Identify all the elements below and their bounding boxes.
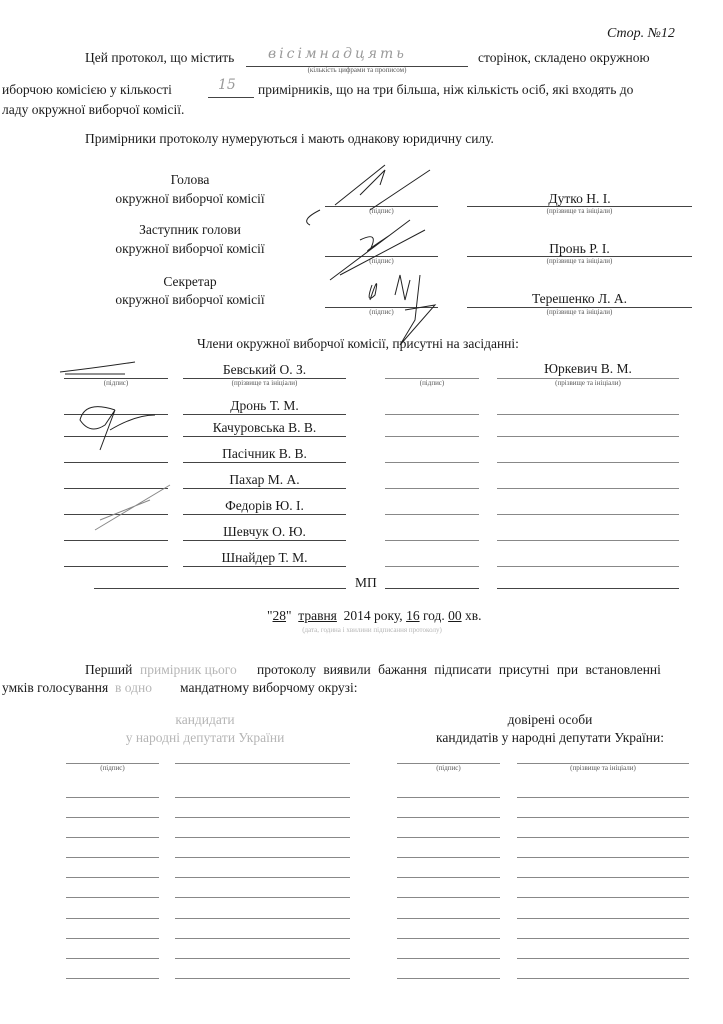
copies-note: Примірники протоколу нумеруються і мають… bbox=[85, 131, 494, 147]
role-line2: окружної виборчої комісії bbox=[95, 241, 285, 257]
official-name: Дутко Н. І. bbox=[467, 191, 692, 207]
date-year: 2014 bbox=[344, 608, 371, 623]
page-number: Стор. №12 bbox=[607, 26, 675, 42]
name-caption: (прізвище та ініціали) bbox=[467, 207, 692, 215]
date-year-suffix: року, bbox=[374, 608, 403, 623]
proxy-name-line bbox=[517, 877, 689, 878]
candidate-name-line bbox=[175, 837, 350, 838]
candidate-signature-line[interactable] bbox=[66, 938, 159, 939]
candidate-name-line bbox=[175, 817, 350, 818]
signing-date: "28" травня 2014 року, 16 год. 00 хв. bbox=[267, 608, 482, 624]
name-caption: (прізвище та ініціали) bbox=[467, 257, 692, 265]
proxy-name-line bbox=[517, 817, 689, 818]
first-copy-faded-2: в одно bbox=[115, 680, 152, 696]
member-name: Шевчук О. Ю. bbox=[183, 524, 346, 540]
proxy-name-line bbox=[517, 978, 689, 979]
proxy-signature-line[interactable] bbox=[397, 978, 500, 979]
candidate-name-line bbox=[175, 763, 350, 764]
proxy-signature-line[interactable] bbox=[397, 857, 500, 858]
first-copy-text-1b: протоколу виявили бажання підписати прис… bbox=[257, 662, 661, 678]
pages-count-handwritten: вісімнадцять bbox=[268, 46, 407, 62]
proxy-signature-line[interactable] bbox=[397, 958, 500, 959]
member-name-line bbox=[497, 488, 679, 489]
proxy-name-line bbox=[517, 837, 689, 838]
signature-caption: (підпис) bbox=[397, 764, 500, 772]
name-caption: (прізвище та ініціали) bbox=[497, 379, 679, 387]
member-name: Пахар М. А. bbox=[183, 472, 346, 488]
name-caption: (прізвище та ініціали) bbox=[517, 764, 689, 772]
member-signature-line[interactable] bbox=[385, 436, 479, 437]
candidate-name-line bbox=[175, 978, 350, 979]
candidate-signature-line[interactable] bbox=[66, 877, 159, 878]
member-signature-line[interactable] bbox=[385, 566, 479, 567]
candidates-heading-line2: у народні депутати України bbox=[90, 730, 320, 746]
member-name-line bbox=[497, 414, 679, 415]
member-signature-line[interactable] bbox=[64, 566, 168, 567]
proxies-heading-line2: кандидатів у народні депутати України: bbox=[400, 730, 700, 746]
candidate-name-line bbox=[175, 857, 350, 858]
member-signature-line[interactable] bbox=[385, 488, 479, 489]
signature-caption: (підпис) bbox=[66, 764, 159, 772]
date-hour-label: год. bbox=[423, 608, 445, 623]
proxy-signature-line[interactable] bbox=[397, 837, 500, 838]
member-name: Пасічник В. В. bbox=[183, 446, 346, 462]
signature-caption: (підпис) bbox=[385, 379, 479, 387]
member-name-line bbox=[497, 566, 679, 567]
member-name: Бевський О. З. bbox=[183, 362, 346, 378]
stamp-line-right-1 bbox=[385, 588, 479, 589]
date-hour: 16 bbox=[406, 608, 420, 623]
proxy-signature-line[interactable] bbox=[397, 897, 500, 898]
role-line2: окружної виборчої комісії bbox=[95, 292, 285, 308]
role-line1: Голова bbox=[95, 172, 285, 188]
officials-signatures-icon bbox=[300, 160, 450, 350]
proxy-signature-line[interactable] bbox=[397, 877, 500, 878]
intro-text-3: иборчою комісією у кількості bbox=[2, 82, 172, 98]
intro-text-5: ладу окружної виборчої комісії. bbox=[2, 102, 184, 118]
name-caption: (прізвище та ініціали) bbox=[183, 379, 346, 387]
official-name: Пронь Р. І. bbox=[467, 241, 692, 257]
intro-text-4: примірників, що на три більша, ніж кільк… bbox=[258, 82, 633, 98]
copies-count-line bbox=[208, 97, 254, 98]
candidate-name-line bbox=[175, 918, 350, 919]
candidate-name-line bbox=[175, 877, 350, 878]
date-minute: 00 bbox=[448, 608, 462, 623]
candidate-signature-line[interactable] bbox=[66, 837, 159, 838]
proxies-heading-line1: довірені особи bbox=[400, 712, 700, 728]
member-name-line bbox=[183, 414, 346, 415]
candidate-signature-line[interactable] bbox=[66, 797, 159, 798]
date-month: травня bbox=[298, 608, 337, 623]
member-name: Юркевич В. М. bbox=[497, 361, 679, 377]
stamp-line-right-2 bbox=[497, 588, 679, 589]
member-name: Шнайдер Т. М. bbox=[183, 550, 346, 566]
proxy-signature-line[interactable] bbox=[397, 817, 500, 818]
member-name-line bbox=[183, 514, 346, 515]
candidate-name-line bbox=[175, 958, 350, 959]
proxy-name-line bbox=[517, 797, 689, 798]
copies-count-handwritten: 15 bbox=[218, 77, 236, 93]
first-copy-text-2b: мандатному виборчому окрузі: bbox=[180, 680, 358, 696]
member-signature-line[interactable] bbox=[385, 514, 479, 515]
member-name-line bbox=[183, 566, 346, 567]
intro-text-2: сторінок, складено окружною bbox=[478, 50, 650, 66]
date-caption: (дата, година і хвилини підписання прото… bbox=[262, 626, 482, 634]
candidate-name-line bbox=[175, 897, 350, 898]
candidate-name-line bbox=[175, 938, 350, 939]
member-name-line bbox=[497, 436, 679, 437]
proxy-name-line bbox=[517, 958, 689, 959]
candidate-signature-line[interactable] bbox=[66, 817, 159, 818]
proxy-name-line bbox=[517, 897, 689, 898]
member-name: Качуровська В. В. bbox=[183, 420, 346, 436]
candidate-signature-line[interactable] bbox=[66, 978, 159, 979]
member-name-line bbox=[183, 488, 346, 489]
date-day: 28 bbox=[273, 608, 287, 623]
member-name-line bbox=[497, 462, 679, 463]
candidate-signature-line[interactable] bbox=[66, 958, 159, 959]
member-name-line bbox=[497, 540, 679, 541]
member-signature-faint-icon bbox=[90, 480, 180, 540]
member-signature-line[interactable] bbox=[385, 540, 479, 541]
proxy-signature-line[interactable] bbox=[397, 918, 500, 919]
first-copy-text-2a: умків голосування bbox=[2, 680, 108, 696]
member-signature-line[interactable] bbox=[385, 462, 479, 463]
name-caption: (прізвище та ініціали) bbox=[467, 308, 692, 316]
role-line2: окружної виборчої комісії bbox=[95, 191, 285, 207]
intro-text-1: Цей протокол, що містить bbox=[85, 50, 234, 66]
pages-count-caption: (кількість цифрами та прописом) bbox=[246, 66, 468, 74]
member-name-line bbox=[183, 540, 346, 541]
member-signature-line[interactable] bbox=[385, 414, 479, 415]
member-name: Федорів Ю. І. bbox=[183, 498, 346, 514]
role-line1: Заступник голови bbox=[95, 222, 285, 238]
member-signature-line[interactable] bbox=[64, 540, 168, 541]
member-name-line bbox=[183, 462, 346, 463]
date-minute-label: хв. bbox=[465, 608, 482, 623]
candidate-signature-line[interactable] bbox=[66, 897, 159, 898]
proxy-name-line bbox=[517, 938, 689, 939]
candidates-heading-line1: кандидати bbox=[90, 712, 320, 728]
proxy-name-line bbox=[517, 857, 689, 858]
role-line1: Секретар bbox=[95, 274, 285, 290]
candidate-name-line bbox=[175, 797, 350, 798]
members-heading: Члени окружної виборчої комісії, присутн… bbox=[197, 336, 519, 352]
member-name-line bbox=[497, 514, 679, 515]
proxy-name-line bbox=[517, 918, 689, 919]
stamp-line-left-2 bbox=[183, 588, 346, 589]
first-copy-faded-1: примірник цього bbox=[140, 662, 237, 678]
first-copy-text-1a: Перший bbox=[85, 662, 132, 678]
official-name: Терешенко Л. А. bbox=[467, 291, 692, 307]
member-name-line bbox=[183, 436, 346, 437]
member-name: Дронь Т. М. bbox=[183, 398, 346, 414]
candidate-signature-line[interactable] bbox=[66, 857, 159, 858]
proxy-signature-line[interactable] bbox=[397, 797, 500, 798]
proxy-signature-line[interactable] bbox=[397, 938, 500, 939]
candidate-signature-line[interactable] bbox=[66, 918, 159, 919]
stamp-label: МП bbox=[355, 575, 377, 591]
